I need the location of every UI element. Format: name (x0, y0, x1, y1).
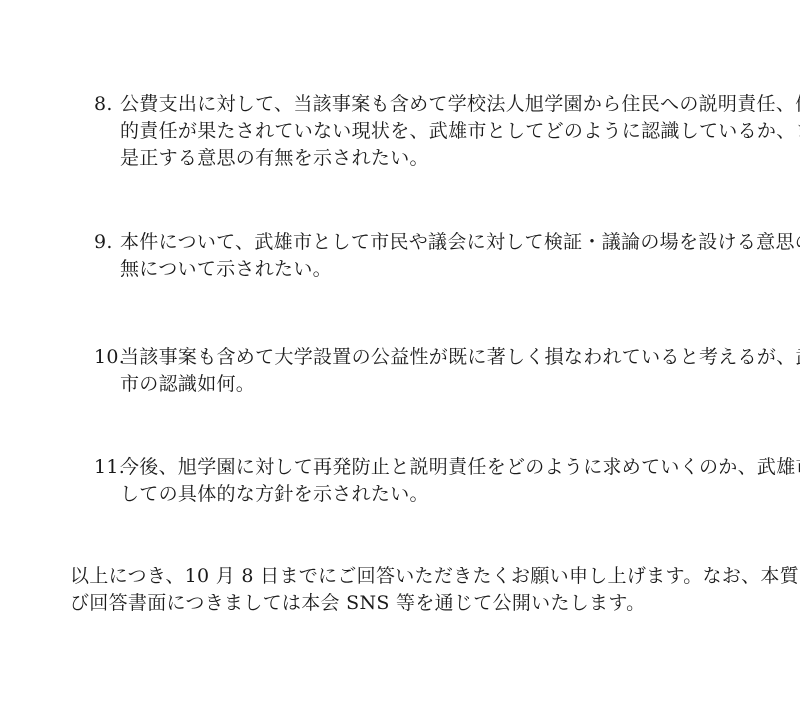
question-item-11: 11. 今後、旭学園に対して再発防止と説明責任をどのように求めていくのか、武雄市… (94, 454, 724, 508)
text-line: 的責任が果たされていない現状を、武雄市としてどのように認識しているか、また (120, 118, 724, 145)
closing-paragraph: 以上につき、10 月 8 日までにご回答いただきたくお願い申し上げます。なお、本… (70, 563, 730, 617)
question-item-9: 9. 本件について、武雄市として市民や議会に対して検証・議論の場を設ける意思の有… (94, 229, 724, 283)
text-line: 無について示されたい。 (120, 256, 724, 283)
text-line: 本件について、武雄市として市民や議会に対して検証・議論の場を設ける意思の有 (120, 229, 724, 256)
item-number: 8. (94, 91, 120, 118)
document-page: 8. 公費支出に対して、当該事案も含めて学校法人旭学園から住民への説明責任、倫理… (0, 0, 800, 709)
question-item-10: 10. 当該事案も含めて大学設置の公益性が既に著しく損なわれていると考えるが、武… (94, 344, 724, 398)
text-line: 是正する意思の有無を示されたい。 (120, 145, 724, 172)
item-number: 10. (94, 344, 120, 371)
question-item-8: 8. 公費支出に対して、当該事案も含めて学校法人旭学園から住民への説明責任、倫理… (94, 91, 724, 172)
text-line: しての具体的な方針を示されたい。 (120, 481, 724, 508)
item-text: 本件について、武雄市として市民や議会に対して検証・議論の場を設ける意思の有 無に… (120, 229, 724, 283)
text-line: 公費支出に対して、当該事案も含めて学校法人旭学園から住民への説明責任、倫理 (120, 91, 724, 118)
item-text: 公費支出に対して、当該事案も含めて学校法人旭学園から住民への説明責任、倫理 的責… (120, 91, 724, 172)
text-line: 今後、旭学園に対して再発防止と説明責任をどのように求めていくのか、武雄市と (120, 454, 724, 481)
text-line: 以上につき、10 月 8 日までにご回答いただきたくお願い申し上げます。なお、本… (70, 563, 730, 590)
item-number: 9. (94, 229, 120, 256)
text-line: 当該事案も含めて大学設置の公益性が既に著しく損なわれていると考えるが、武雄 (120, 344, 724, 371)
text-line: 市の認識如何。 (120, 371, 724, 398)
item-text: 当該事案も含めて大学設置の公益性が既に著しく損なわれていると考えるが、武雄 市の… (120, 344, 724, 398)
item-number: 11. (94, 454, 120, 481)
item-text: 今後、旭学園に対して再発防止と説明責任をどのように求めていくのか、武雄市と して… (120, 454, 724, 508)
text-line: び回答書面につきましては本会 SNS 等を通じて公開いたします。 (70, 590, 730, 617)
